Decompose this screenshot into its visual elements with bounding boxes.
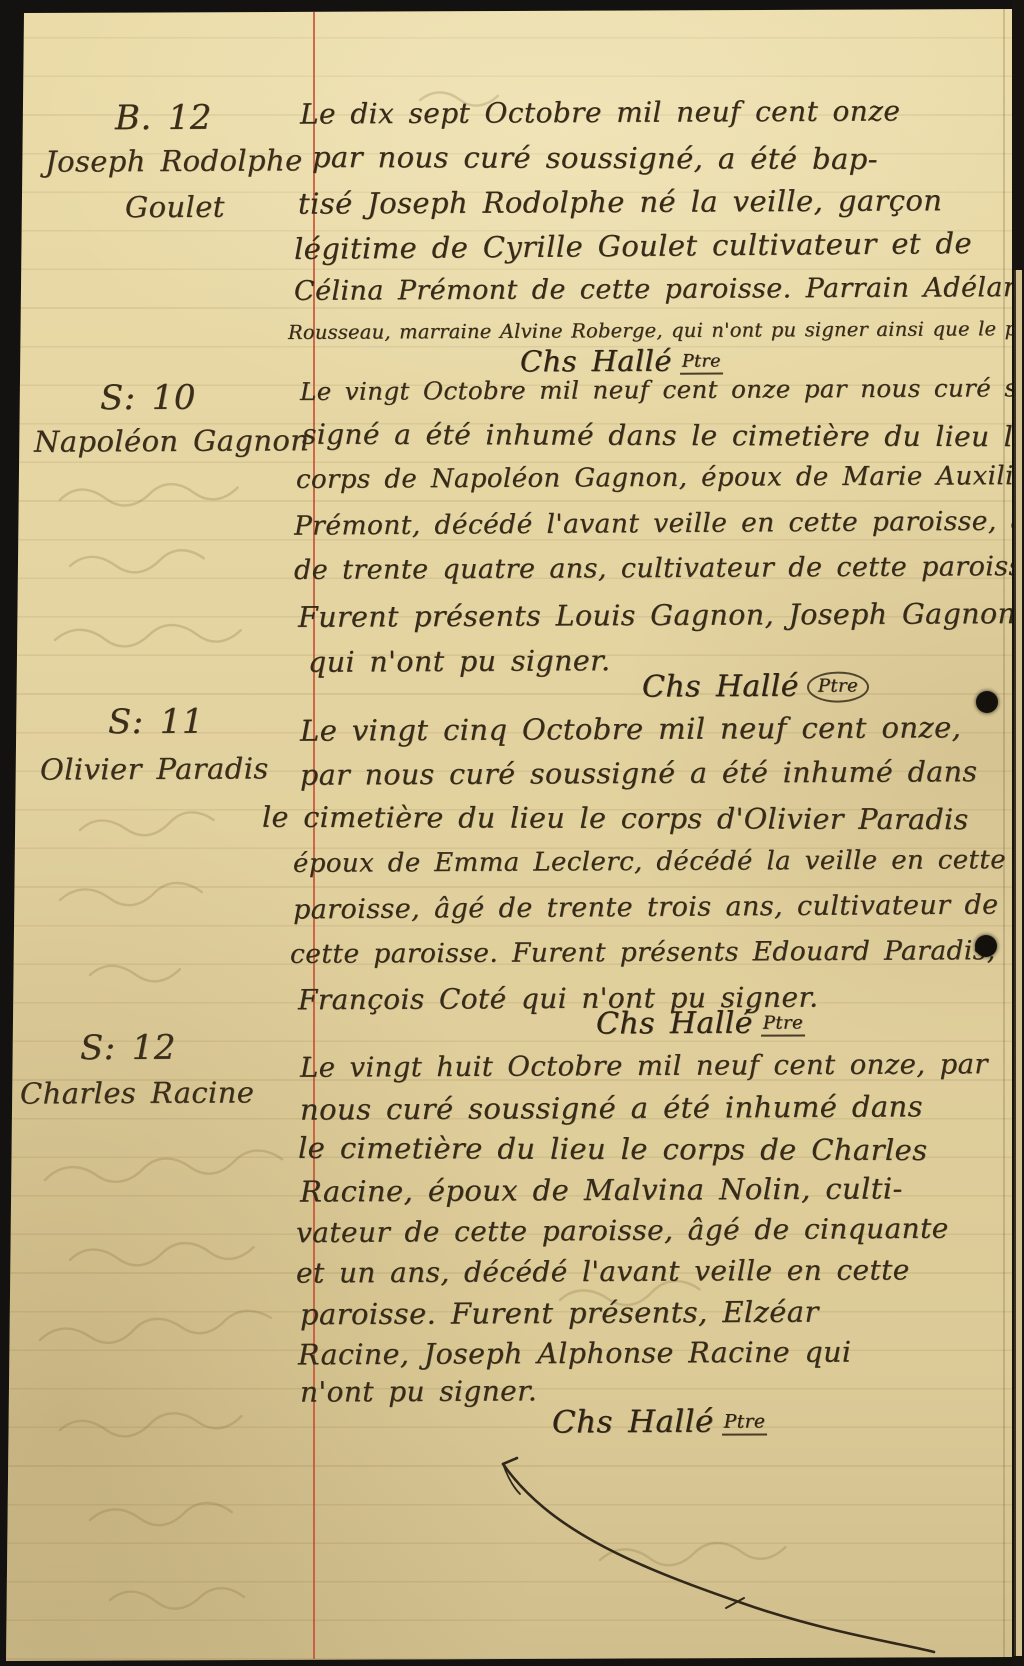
register-scan: { "document_kind": "Registre paroissial …	[0, 0, 1024, 1666]
paper-sheet: B. 12 Joseph Rodolphe Goulet Le dix sept…	[0, 0, 1024, 1666]
punch-hole-top	[976, 691, 998, 713]
pen-stroke	[0, 0, 1024, 1666]
punch-hole-bottom	[975, 935, 997, 957]
adjacent-page-sliver	[1014, 270, 1022, 1656]
